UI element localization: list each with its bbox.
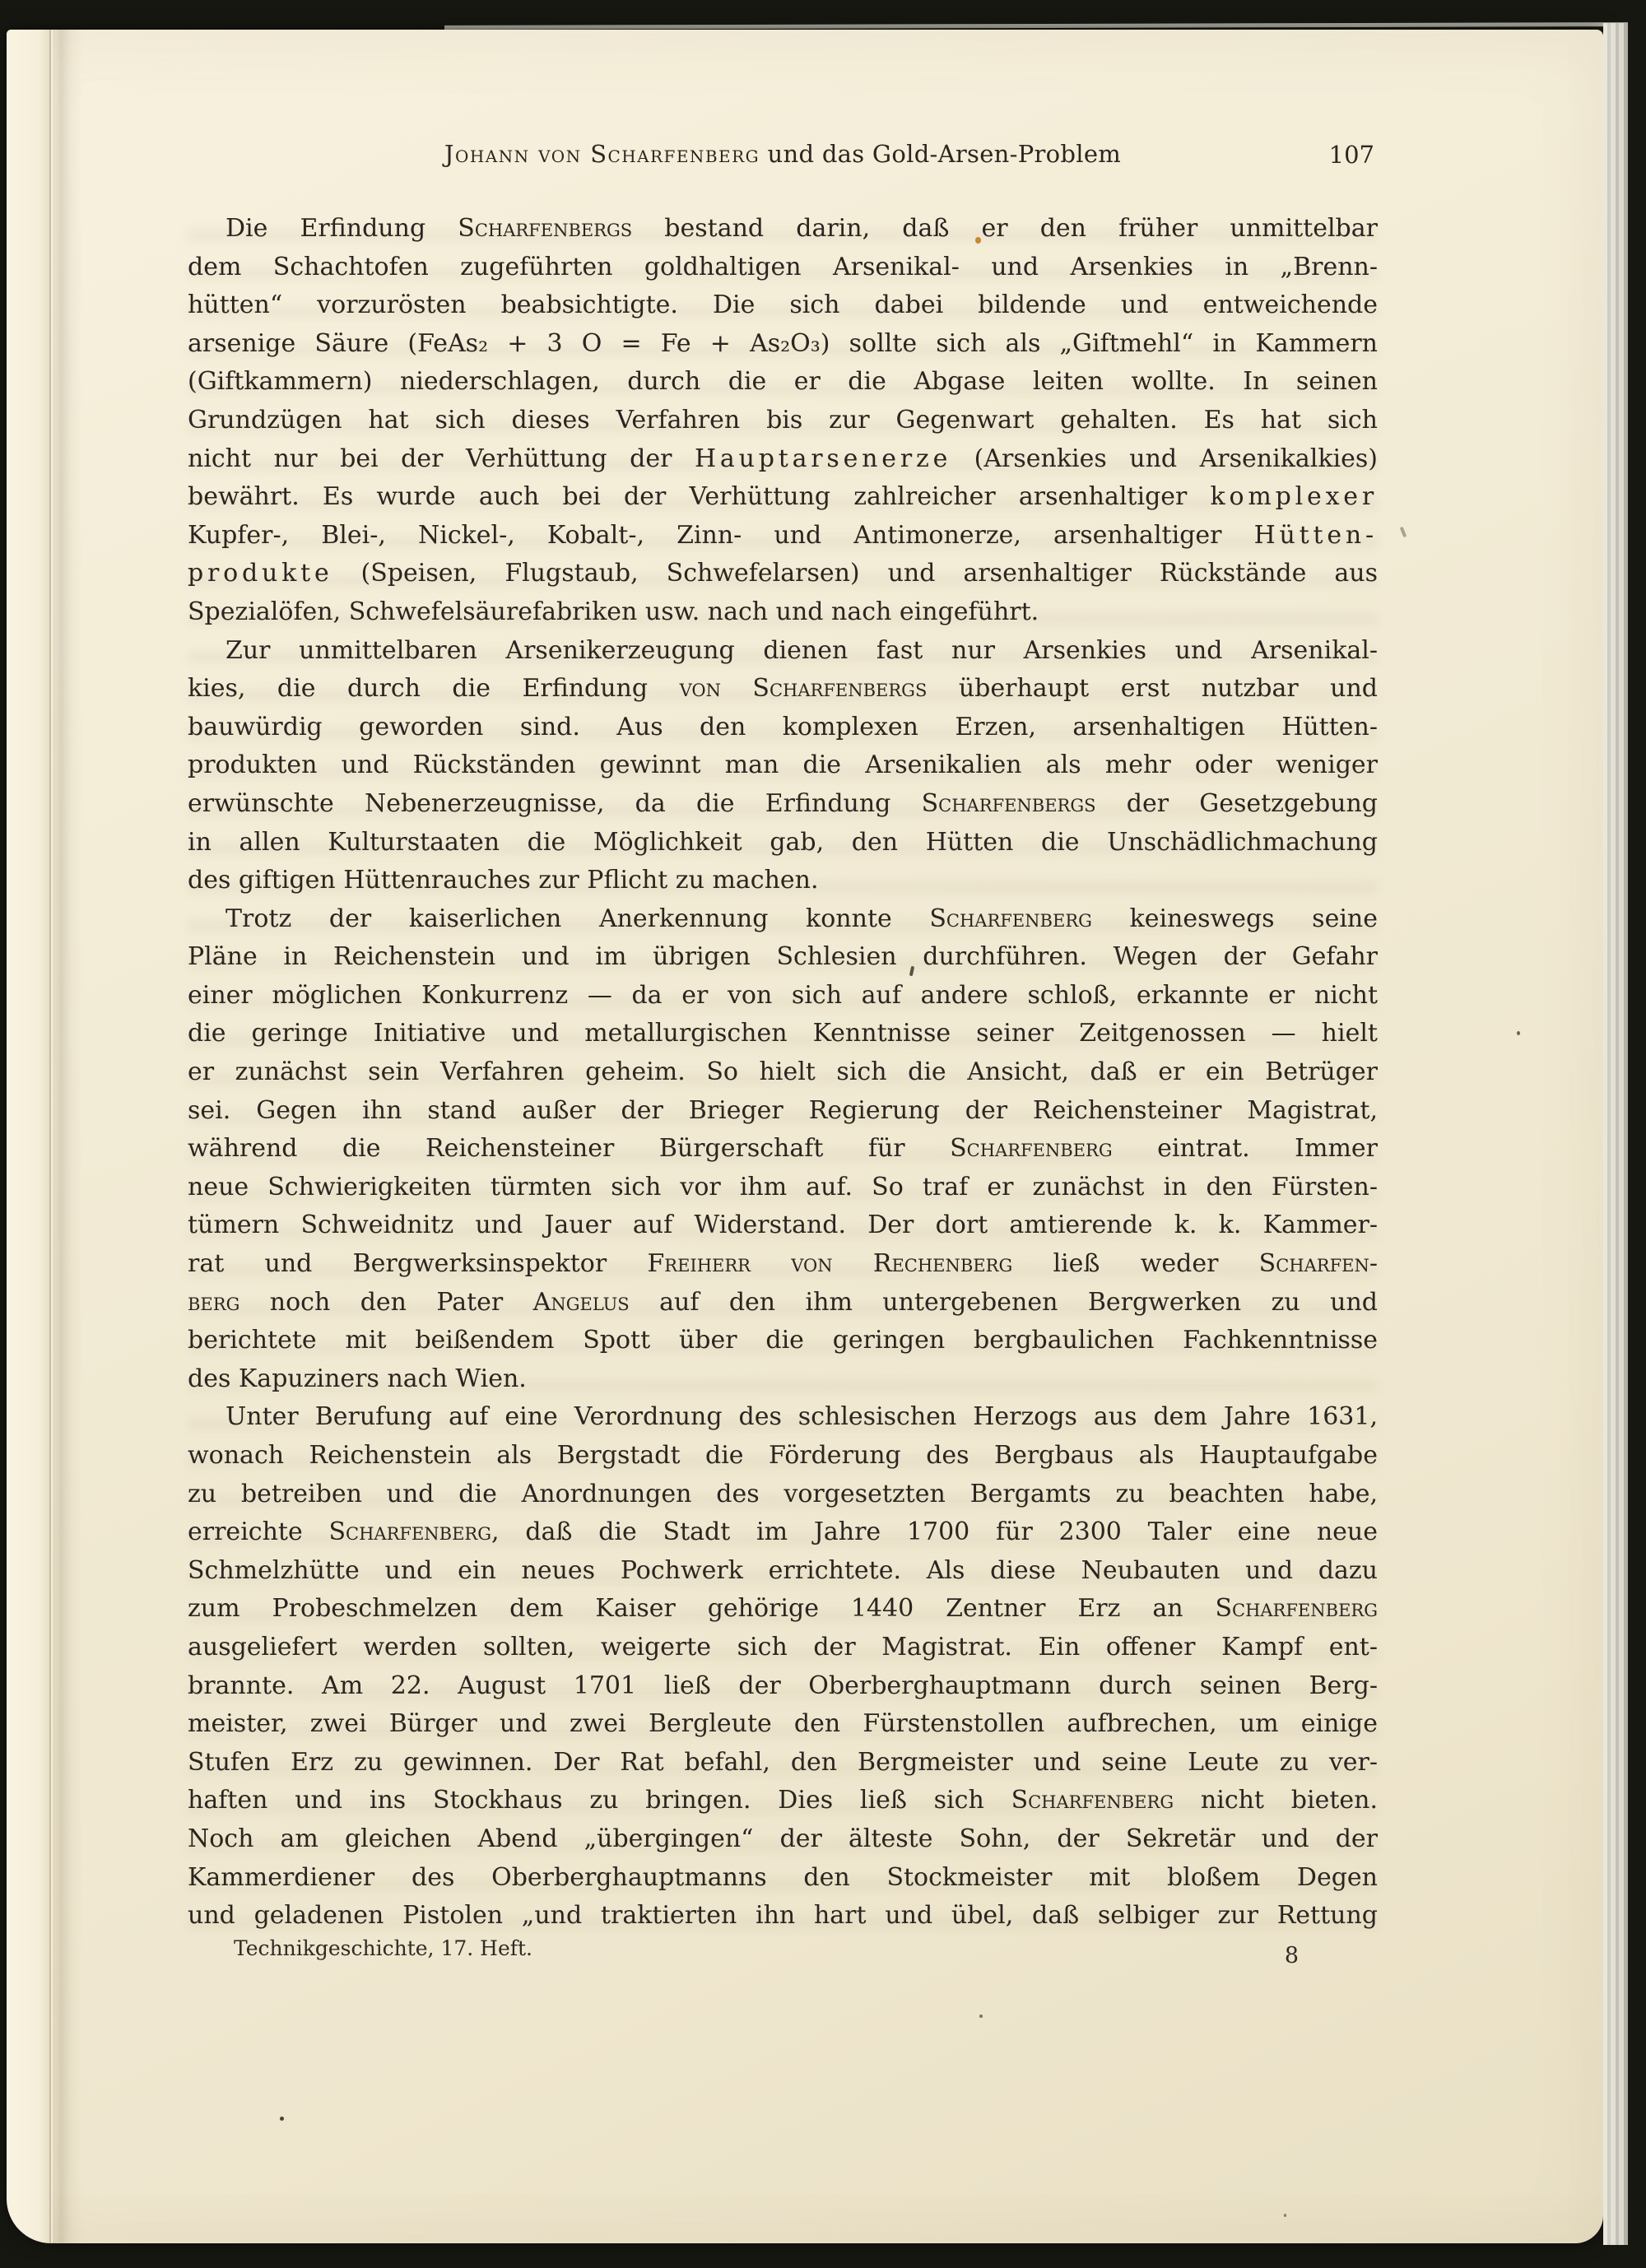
text-run: ließ weder — [1012, 1249, 1258, 1278]
text-line: des giftigen Hüttenrauches zur Pflicht z… — [188, 862, 1378, 900]
text-run: Stufen Erz zu gewinnen. Der Rat befahl, … — [188, 1748, 1378, 1777]
text-line: erreichte Scharfenberg, daß die Stadt im… — [188, 1513, 1378, 1552]
text-line: bauwürdig geworden sind. Aus den komplex… — [188, 709, 1378, 747]
book-page: Johann von Scharfenberg und das Gold-Ars… — [7, 30, 1603, 2243]
smallcaps-run: Freiherr von Rechenberg — [647, 1249, 1012, 1278]
text-line: zu betreiben und die Anordnungen des vor… — [188, 1476, 1378, 1514]
text-line: bewährt. Es wurde auch bei der Verhüttun… — [188, 478, 1378, 517]
gutter-shadow — [40, 30, 82, 2243]
text-line: ausgeliefert werden sollten, weigerte si… — [188, 1629, 1378, 1667]
text-line: Pläne in Reichenstein und im übrigen Sch… — [188, 938, 1378, 977]
text-run: rat und Bergwerksinspektor — [188, 1249, 647, 1278]
text-line: dem Schachtofen zugeführten goldhaltigen… — [188, 249, 1378, 287]
text-run: Spezialöfen, Schwefelsäurefabriken usw. … — [188, 597, 1039, 626]
text-run: Die Erfindung — [226, 214, 458, 243]
text-run: einer möglichen Konkurrenz — da er von s… — [188, 981, 1378, 1010]
text-line: zum Probeschmelzen dem Kaiser gehörige 1… — [188, 1590, 1378, 1629]
paper-speck — [975, 237, 981, 244]
text-line: Kammerdiener des Oberberghauptmanns den … — [188, 1859, 1378, 1898]
text-run: dem Schachtofen zugeführten goldhaltigen… — [188, 253, 1378, 281]
text-run: erwünschte Nebenerzeugnisse, da die Erfi… — [188, 789, 922, 818]
smallcaps-run: Scharfenberg — [1011, 1786, 1174, 1815]
text-run: Grundzügen hat sich dieses Verfahren bis… — [188, 406, 1378, 435]
smallcaps-run: von Scharfenbergs — [680, 674, 928, 703]
text-run: der Gesetzgebung — [1096, 789, 1378, 818]
text-run: Noch am gleichen Abend „übergingen“ der … — [188, 1824, 1378, 1853]
text-line: neue Schwierigkeiten türmten sich vor ih… — [188, 1169, 1378, 1207]
text-run: Unter Berufung auf eine Verordnung des s… — [226, 1402, 1378, 1431]
text-run: produkten und Rückständen gewinnt man di… — [188, 751, 1378, 779]
scanned-document: Johann von Scharfenberg und das Gold-Ars… — [0, 0, 1646, 2268]
smallcaps-run: berg — [188, 1288, 239, 1317]
smallcaps-run: Angelus — [533, 1288, 630, 1317]
text-run: und geladenen Pistolen „und traktierten … — [188, 1901, 1378, 1930]
text-run: bauwürdig geworden sind. Aus den komplex… — [188, 713, 1378, 741]
smallcaps-run: Scharfenberg — [950, 1134, 1113, 1163]
text-run: tümern Schweidnitz und Jauer auf Widerst… — [188, 1211, 1378, 1239]
text-line: Unter Berufung auf eine Verordnung des s… — [188, 1398, 1378, 1437]
text-line: produkten und Rückständen gewinnt man di… — [188, 746, 1378, 785]
text-line: erwünschte Nebenerzeugnisse, da die Erfi… — [188, 785, 1378, 824]
underlying-page-edge — [444, 22, 1628, 30]
text-run: noch den Pater — [239, 1288, 532, 1317]
gutter-crease-highlight — [51, 30, 53, 2243]
spaced-run: Hütten- — [1254, 521, 1378, 550]
text-run: hütten“ vorzurösten beabsichtigte. Die s… — [188, 290, 1378, 319]
text-run: zu betreiben und die Anordnungen des vor… — [188, 1480, 1378, 1508]
paper-speck — [280, 2117, 284, 2121]
text-run: nicht bieten. — [1174, 1786, 1378, 1815]
text-line: Zur unmittelbaren Arsenikerzeugung diene… — [188, 632, 1378, 671]
text-run: Kupfer-, Blei-, Nickel-, Kobalt-, Zinn- … — [188, 521, 1254, 550]
text-run: des giftigen Hüttenrauches zur Pflicht z… — [188, 866, 819, 895]
text-line: wonach Reichenstein als Bergstadt die Fö… — [188, 1437, 1378, 1476]
journal-reference: Technikgeschichte, 17. Heft. — [234, 1936, 532, 1960]
text-run: Schmelzhütte und ein neues Pochwerk erri… — [188, 1556, 1378, 1585]
text-line: brannte. Am 22. August 1701 ließ der Obe… — [188, 1667, 1378, 1706]
text-run: sei. Gegen ihn stand außer der Brieger R… — [188, 1096, 1378, 1125]
paper-speck — [1400, 527, 1407, 538]
text-run: eintrat. Immer — [1113, 1134, 1378, 1163]
signature-mark: 8 — [1285, 1943, 1299, 1968]
smallcaps-run: Scharfenbergs — [922, 789, 1096, 818]
text-line: arsenige Säure (FeAs₂ + 3 O = Fe + As₂O₃… — [188, 325, 1378, 364]
running-title: Johann von Scharfenberg und das Gold-Ars… — [188, 140, 1378, 168]
text-line: meister, zwei Bürger und zwei Bergleute … — [188, 1705, 1378, 1744]
spaced-run: produkte — [188, 559, 333, 588]
text-line: des Kapuziners nach Wien. — [188, 1360, 1378, 1399]
text-line: (Giftkammern) niederschlagen, durch die … — [188, 363, 1378, 402]
text-run: Pläne in Reichenstein und im übrigen Sch… — [188, 942, 1378, 971]
text-run: brannte. Am 22. August 1701 ließ der Obe… — [188, 1671, 1378, 1700]
smallcaps-run: Scharfenberg — [1215, 1594, 1378, 1623]
text-line: hütten“ vorzurösten beabsichtigte. Die s… — [188, 286, 1378, 325]
text-line: er zunächst sein Verfahren geheim. So hi… — [188, 1053, 1378, 1092]
text-line: einer möglichen Konkurrenz — da er von s… — [188, 977, 1378, 1015]
smallcaps-run: Scharfenbergs — [458, 214, 632, 243]
text-line: rat und Bergwerksinspektor Freiherr von … — [188, 1245, 1378, 1284]
text-run: Kammerdiener des Oberberghauptmanns den … — [188, 1863, 1378, 1892]
text-run: während die Reichensteiner Bürgerschaft … — [188, 1134, 950, 1163]
text-line: während die Reichensteiner Bürgerschaft … — [188, 1130, 1378, 1169]
text-run: die geringe Initiative und metallurgisch… — [188, 1019, 1378, 1048]
spaced-run: komplexer — [1211, 482, 1378, 511]
text-run: erreichte — [188, 1517, 328, 1546]
smallcaps-run: Scharfenberg — [929, 904, 1092, 933]
text-run: ausgeliefert werden sollten, weigerte si… — [188, 1633, 1378, 1661]
text-run: er zunächst sein Verfahren geheim. So hi… — [188, 1057, 1378, 1086]
text-run: zum Probeschmelzen dem Kaiser gehörige 1… — [188, 1594, 1215, 1623]
text-run: in allen Kulturstaaten die Möglichkeit g… — [188, 828, 1378, 857]
page-number: 107 — [1329, 141, 1374, 169]
text-run: neue Schwierigkeiten türmten sich vor ih… — [188, 1173, 1378, 1201]
text-run: haften und ins Stockhaus zu bringen. Die… — [188, 1786, 1011, 1815]
text-line: Stufen Erz zu gewinnen. Der Rat befahl, … — [188, 1744, 1378, 1782]
page-stack-edge — [1603, 23, 1628, 2245]
text-run: nicht nur bei der Verhüttung der — [188, 444, 695, 473]
text-run: kies, die durch die Erfindung — [188, 674, 680, 703]
text-run: und das Gold-Arsen-Problem — [760, 140, 1121, 168]
paper-speck — [1517, 1031, 1520, 1035]
text-run: meister, zwei Bürger und zwei Bergleute … — [188, 1709, 1378, 1738]
text-run: wonach Reichenstein als Bergstadt die Fö… — [188, 1441, 1378, 1470]
smallcaps-run: Scharfenberg — [328, 1517, 491, 1546]
text-run: bestand darin, daß er den früher unmitte… — [632, 214, 1378, 243]
text-run: überhaupt erst nutzbar und — [927, 674, 1378, 703]
text-line: haften und ins Stockhaus zu bringen. Die… — [188, 1782, 1378, 1820]
paper-speck — [1284, 2214, 1286, 2217]
text-run: (Arsenkies und Arsenikalkies) — [951, 444, 1378, 473]
text-line: in allen Kulturstaaten die Möglichkeit g… — [188, 824, 1378, 862]
text-line: Trotz der kaiserlichen Anerkennung konnt… — [188, 900, 1378, 939]
text-line: die geringe Initiative und metallurgisch… — [188, 1015, 1378, 1053]
text-run: Trotz der kaiserlichen Anerkennung konnt… — [226, 904, 929, 933]
text-line: Schmelzhütte und ein neues Pochwerk erri… — [188, 1552, 1378, 1591]
paper-speck — [979, 2015, 983, 2018]
text-line: berg noch den Pater Angelus auf den ihm … — [188, 1284, 1378, 1322]
smallcaps-run: Scharfen- — [1259, 1249, 1378, 1278]
text-run: keineswegs seine — [1092, 904, 1378, 933]
text-line: Grundzügen hat sich dieses Verfahren bis… — [188, 402, 1378, 440]
text-line: kies, die durch die Erfindung von Scharf… — [188, 670, 1378, 709]
text-line: und geladenen Pistolen „und traktierten … — [188, 1897, 1378, 1936]
text-line: sei. Gegen ihn stand außer der Brieger R… — [188, 1092, 1378, 1131]
text-line: Noch am gleichen Abend „übergingen“ der … — [188, 1820, 1378, 1859]
text-run: des Kapuziners nach Wien. — [188, 1364, 527, 1393]
text-run: arsenige Säure (FeAs₂ + 3 O = Fe + As₂O₃… — [188, 329, 1378, 358]
text-run: bewährt. Es wurde auch bei der Verhüttun… — [188, 482, 1211, 511]
text-line: Spezialöfen, Schwefelsäurefabriken usw. … — [188, 593, 1378, 632]
text-line: Die Erfindung Scharfenbergs bestand dari… — [188, 210, 1378, 249]
text-run: Zur unmittelbaren Arsenikerzeugung diene… — [226, 636, 1378, 665]
page-header: Johann von Scharfenberg und das Gold-Ars… — [188, 140, 1378, 176]
text-line: produkte (Speisen, Flugstaub, Schwefelar… — [188, 555, 1378, 593]
text-line: tümern Schweidnitz und Jauer auf Widerst… — [188, 1206, 1378, 1245]
text-run: (Speisen, Flugstaub, Schwefelarsen) und … — [333, 559, 1378, 588]
smallcaps-run: Johann von Scharfenberg — [444, 140, 760, 168]
text-block: Die Erfindung Scharfenbergs bestand dari… — [188, 210, 1378, 1936]
text-line: Kupfer-, Blei-, Nickel-, Kobalt-, Zinn- … — [188, 517, 1378, 555]
spaced-run: Hauptarsenerze — [695, 444, 951, 473]
text-run: (Giftkammern) niederschlagen, durch die … — [188, 367, 1378, 396]
text-run: auf den ihm untergebenen Bergwerken zu u… — [630, 1288, 1378, 1317]
text-line: nicht nur bei der Verhüttung der Hauptar… — [188, 440, 1378, 479]
page-footer: Technikgeschichte, 17. Heft. 8 — [188, 1936, 1378, 1960]
text-run: berichtete mit beißendem Spott über die … — [188, 1326, 1378, 1355]
text-line: berichtete mit beißendem Spott über die … — [188, 1322, 1378, 1360]
text-run: , daß die Stadt im Jahre 1700 für 2300 T… — [491, 1517, 1378, 1546]
